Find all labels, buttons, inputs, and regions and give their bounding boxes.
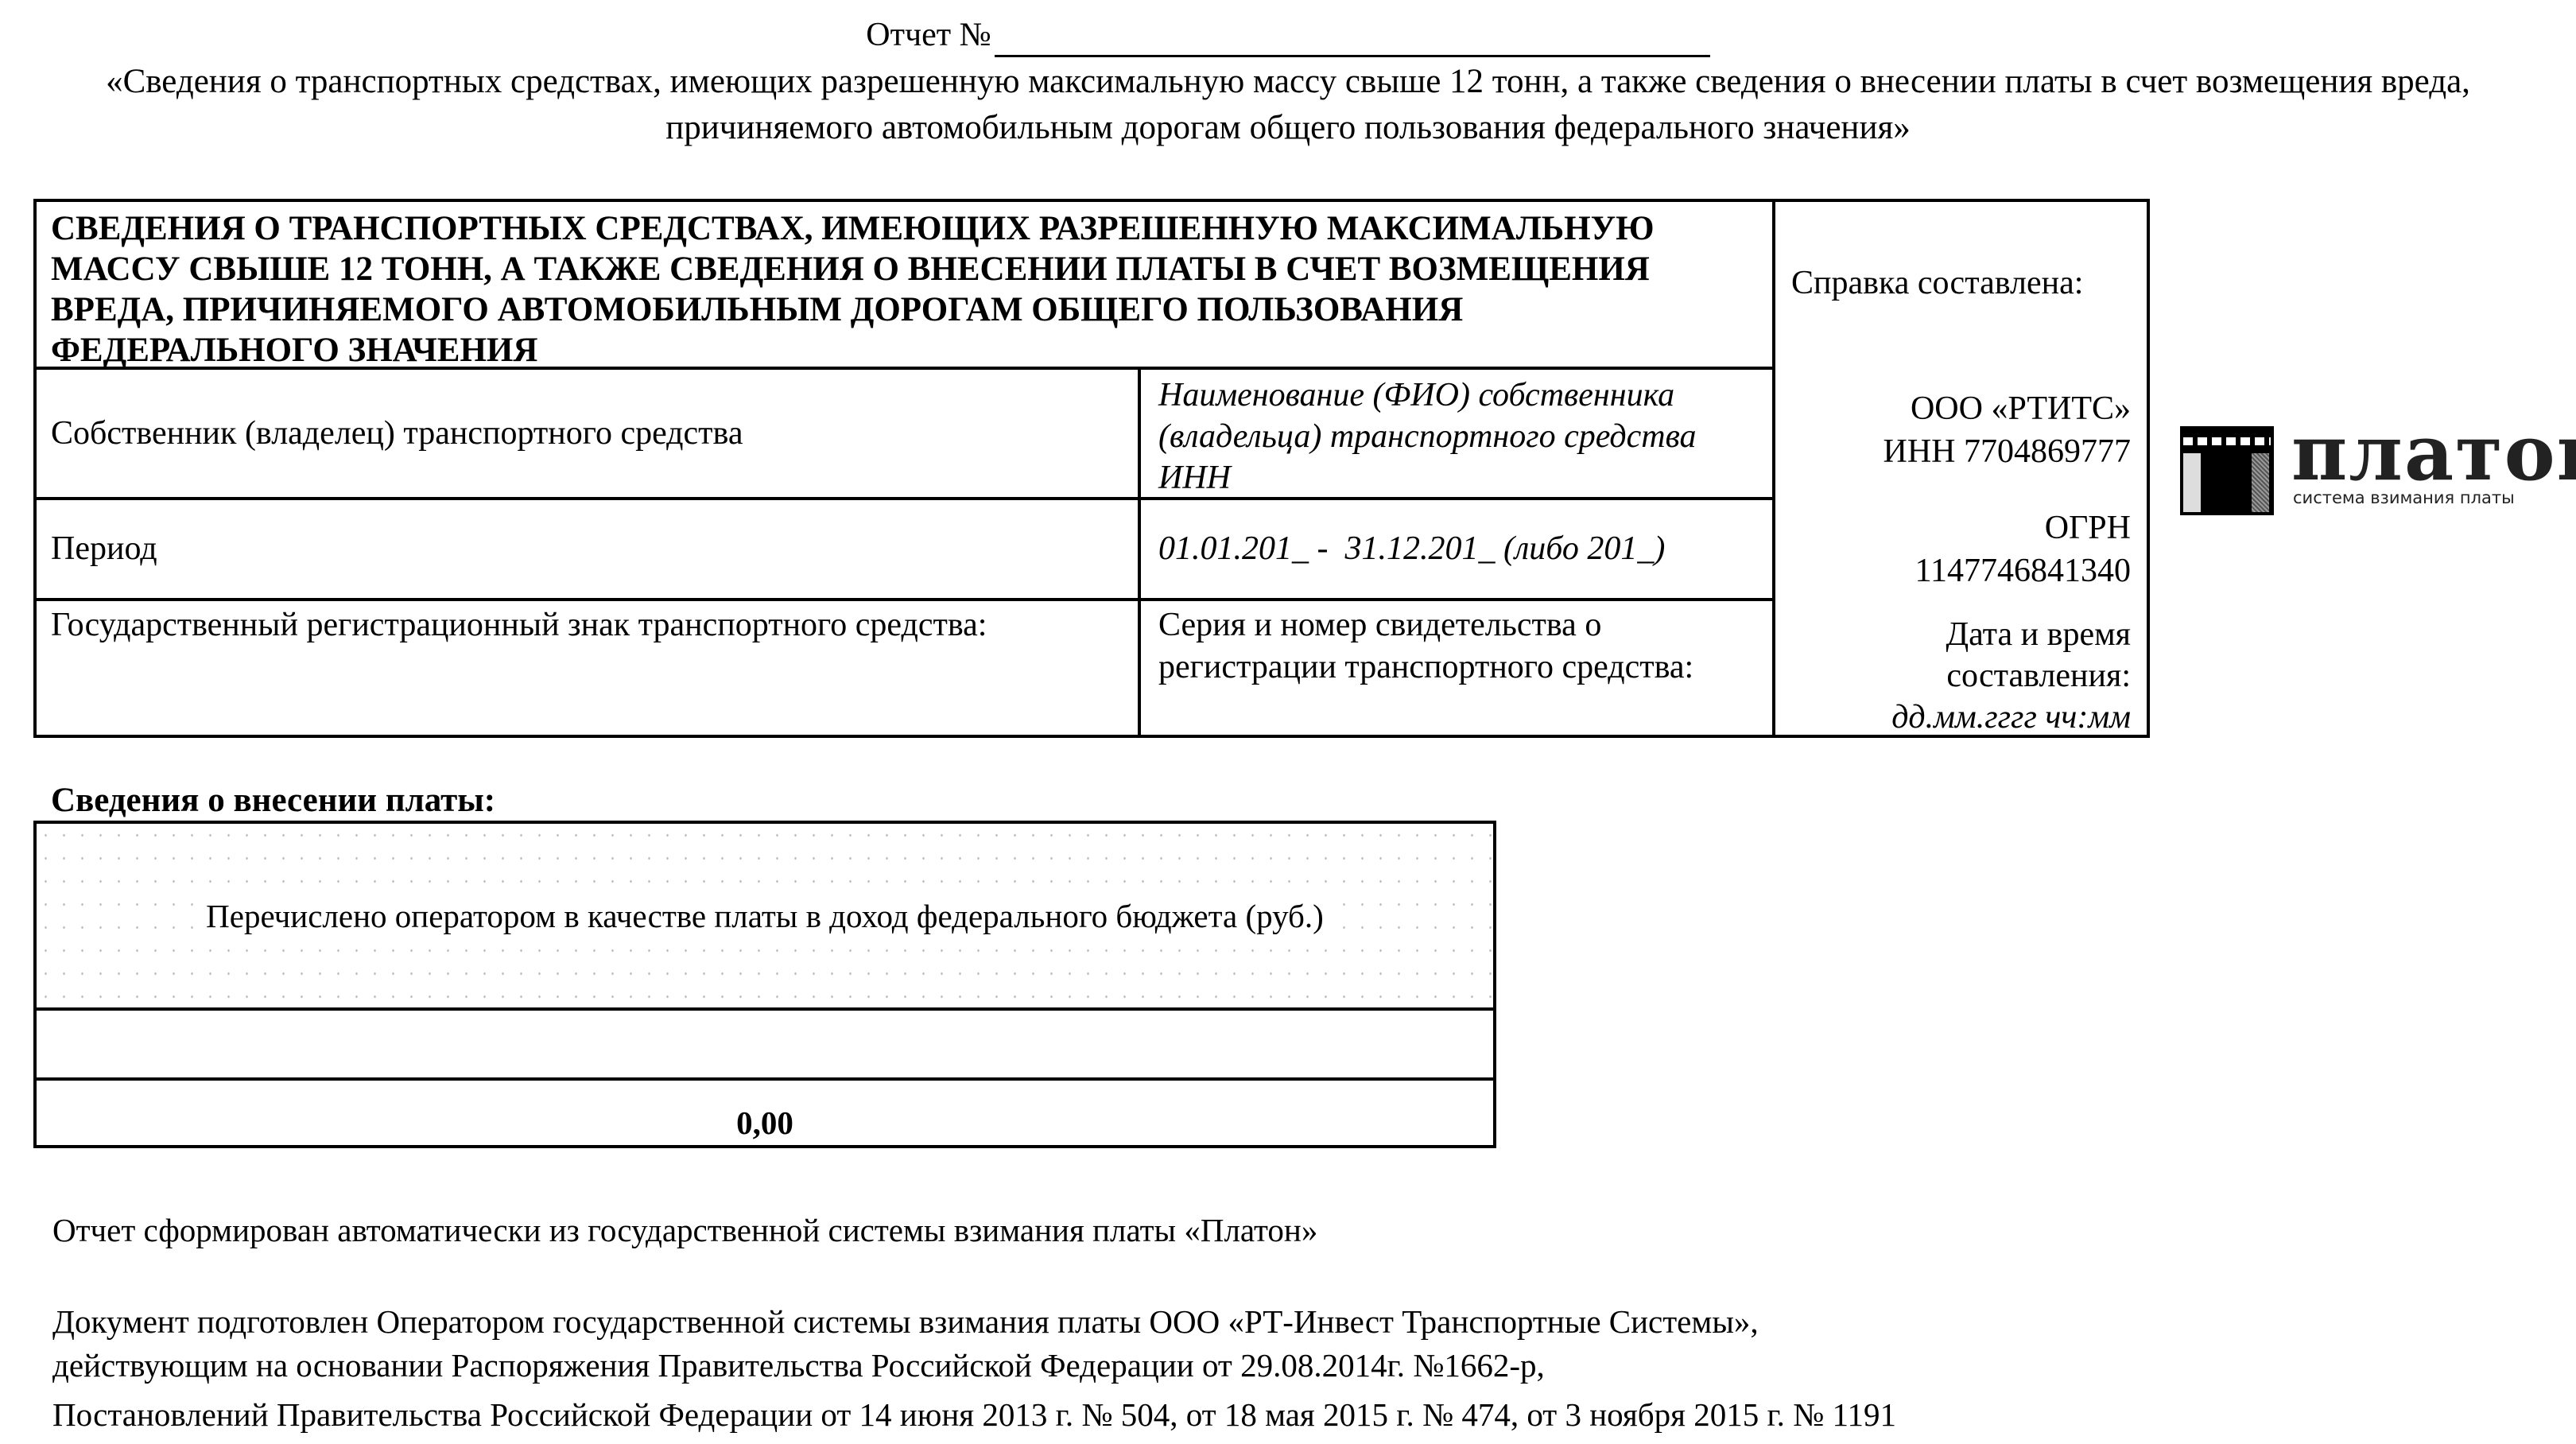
payment-table: Перечислено оператором в качестве платы … [33,821,1496,1148]
reg-certificate-label: Серия и номер свидетельства о регистраци… [1141,601,1775,735]
datetime-label-1: Дата и время [1765,614,2147,656]
prepared-line-3: Постановлений Правительства Российской Ф… [52,1393,1896,1436]
issuer-company: ООО «РТИТС» [1765,388,2147,430]
payment-section-title: Сведения о внесении платы: [51,779,495,822]
issuer-ogrn-label: ОГРН [1765,507,2147,549]
issuer-ogrn: 1147746841340 [1765,550,2147,592]
document-subtitle: «Сведения о транспортных средствах, имею… [48,59,2528,151]
period-label: Период [37,500,1141,601]
auto-generated-note: Отчет сформирован автоматически из госуд… [52,1209,1317,1252]
payment-column-header: Перечислено оператором в качестве платы … [201,897,1329,935]
owner-value: Наименование (ФИО) собственника (владель… [1141,370,1775,500]
period-value: 01.01.201_ - 31.12.201_ (либо 201_) [1141,500,1775,601]
payment-header-row: Перечислено оператором в качестве платы … [37,824,1493,1011]
report-number-blank [995,23,1710,57]
prepared-line-2: действующим на основании Распоряжения Пр… [52,1344,1545,1387]
prepared-line-1: Документ подготовлен Оператором государс… [52,1300,1759,1343]
payment-amount: 0,00 [736,1104,793,1142]
owner-label: Собственник (владелец) транспортного сре… [37,370,1141,500]
reg-plate-label: Государственный регистрационный знак тра… [37,601,1141,735]
report-number-label: Отчет № [866,17,991,53]
payment-empty-row [37,1011,1493,1081]
issuer-inn: ИНН 7704869777 [1765,431,2147,473]
payment-amount-row: 0,00 [37,1081,1493,1145]
table-title: СВЕДЕНИЯ О ТРАНСПОРТНЫХ СРЕДСТВАХ, ИМЕЮЩ… [37,202,1775,370]
datetime-value: дд.мм.гггг чч:мм [1765,697,2147,739]
report-number: Отчет № [0,13,2576,57]
logo-wordmark: платон [2291,413,2576,493]
vehicle-info-table: СВЕДЕНИЯ О ТРАНСПОРТНЫХ СРЕДСТВАХ, ИМЕЮЩ… [33,199,2150,738]
issuer-column: Справка составлена: ООО «РТИТС» ИНН 7704… [1775,202,2147,735]
compiled-label: Справка составлена: [1791,262,2083,305]
datetime-label-2: составления: [1765,655,2147,697]
platon-logo: платон система взимания платы [2180,420,2574,515]
logo-tagline: система взимания платы [2293,488,2515,507]
platon-logo-icon [2180,426,2274,515]
